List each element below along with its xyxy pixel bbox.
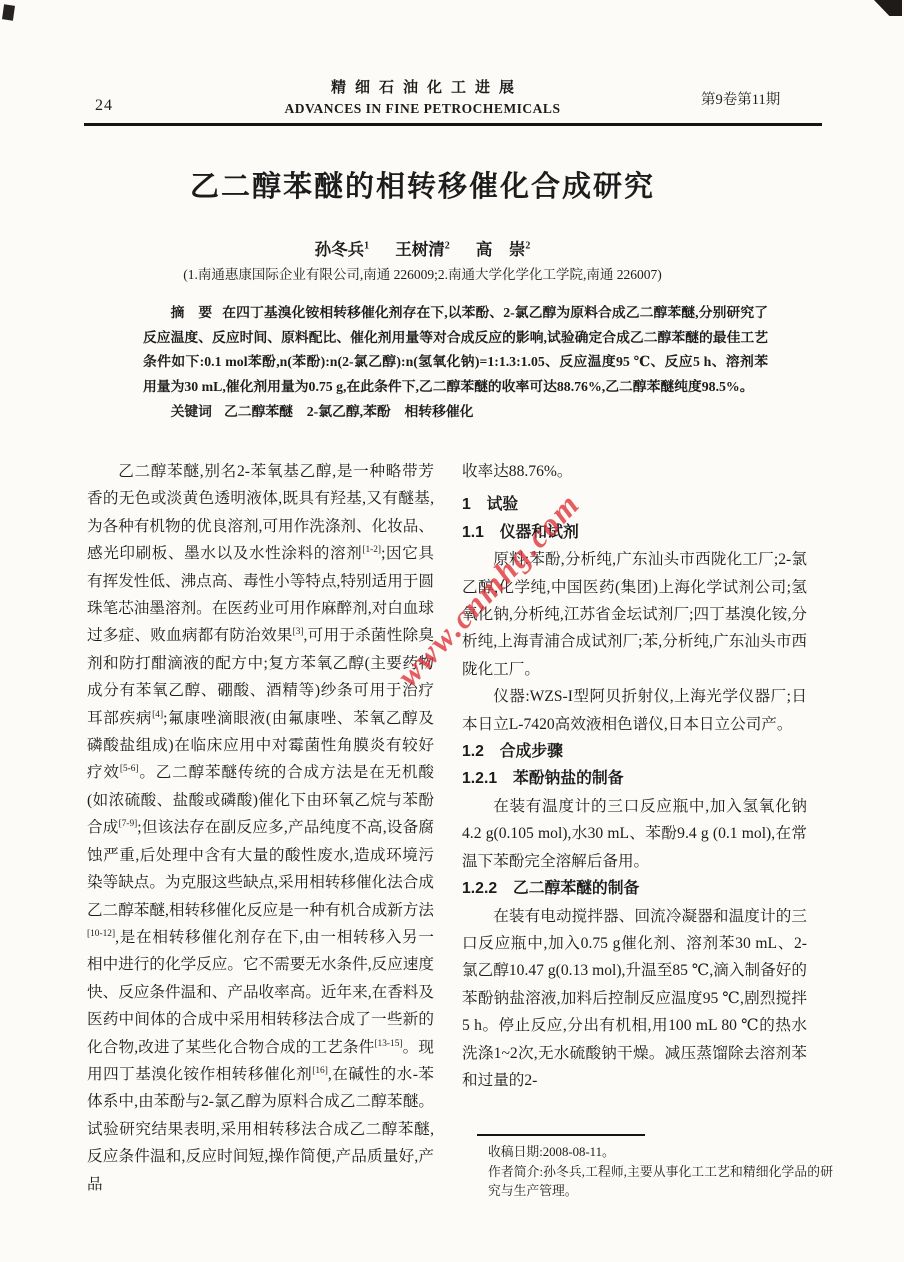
author-3: 高 崇2: [476, 240, 531, 259]
abstract-paragraph: 摘 要在四丁基溴化铵相转移催化剂存在下,以苯酚、2-氯乙醇为原料合成乙二醇苯醚,…: [143, 301, 768, 399]
volume-issue: 第9卷第11期: [701, 88, 780, 109]
article-title: 乙二醇苯醚的相转移催化合成研究: [0, 164, 845, 205]
materials-paragraph: 原料:苯酚,分析纯,广东汕头市西陇化工厂;2-氯乙醇,化学纯,中国医药(集团)上…: [462, 546, 807, 683]
author-1: 孙冬兵1: [315, 240, 370, 259]
author-1-name: 孙冬兵: [315, 240, 365, 259]
author-3-name: 高 崇: [476, 240, 526, 259]
affiliation-line: (1.南通惠康国际企业有限公司,南通 226009;2.南通大学化学化工学院,南…: [0, 263, 845, 283]
scan-artifact-top-right: [874, 0, 902, 16]
journal-page: 24 精细石油化工进展 ADVANCES IN FINE PETROCHEMIC…: [0, 0, 904, 1262]
intro-paragraph: 乙二醇苯醚,别名2-苯氧基乙醇,是一种略带芳香的无色或淡黄色透明液体,既具有羟基…: [87, 458, 434, 1198]
footnote-divider: [477, 1134, 645, 1136]
scan-artifact-top-left: [2, 4, 15, 20]
footnote-block: 收稿日期:2008-08-11。 作者简介:孙冬兵,工程师,主要从事化工工艺和精…: [488, 1143, 833, 1202]
keywords-label: 关键词: [171, 404, 212, 419]
received-date: 收稿日期:2008-08-11。: [488, 1143, 833, 1163]
header-divider: [84, 123, 822, 126]
phenol-salt-paragraph: 在装有温度计的三口反应瓶中,加入氢氧化钠4.2 g(0.105 mol),水30…: [462, 793, 807, 875]
section-1-2-1-heading: 1.2.1 苯酚钠盐的制备: [462, 765, 807, 792]
abstract-text: 在四丁基溴化铵相转移催化剂存在下,以苯酚、2-氯乙醇为原料合成乙二醇苯醚,分别研…: [143, 305, 768, 394]
keywords-text: 乙二醇苯醚 2-氯乙醇,苯酚 相转移催化: [224, 404, 474, 419]
author-2-affil-mark: 2: [445, 241, 450, 252]
intro-continuation: 收率达88.76%。: [462, 458, 807, 485]
author-2: 王树清2: [395, 240, 450, 259]
author-2-name: 王树清: [395, 240, 445, 259]
author-line: 孙冬兵1 王树清2 高 崇2: [0, 236, 845, 260]
section-1-1-heading: 1.1 仪器和试剂: [462, 519, 807, 546]
glycol-ether-paragraph: 在装有电动搅拌器、回流冷凝器和温度计的三口反应瓶中,加入0.75 g催化剂、溶剂…: [462, 903, 807, 1095]
instruments-paragraph: 仪器:WZS-I型阿贝折射仪,上海光学仪器厂;日本日立L-7420高效液相色谱仪…: [462, 683, 807, 738]
section-1-2-2-heading: 1.2.2 乙二醇苯醚的制备: [462, 875, 807, 902]
left-column: 乙二醇苯醚,别名2-苯氧基乙醇,是一种略带芳香的无色或淡黄色透明液体,既具有羟基…: [87, 458, 434, 1198]
author-bio: 作者简介:孙冬兵,工程师,主要从事化工工艺和精细化学品的研究与生产管理。: [488, 1163, 833, 1202]
abstract-block: 摘 要在四丁基溴化铵相转移催化剂存在下,以苯酚、2-氯乙醇为原料合成乙二醇苯醚,…: [143, 301, 768, 425]
right-column: 收率达88.76%。 1 试验 1.1 仪器和试剂 原料:苯酚,分析纯,广东汕头…: [462, 458, 807, 1094]
keywords-line: 关键词乙二醇苯醚 2-氯乙醇,苯酚 相转移催化: [143, 400, 768, 425]
section-1-heading: 1 试验: [462, 491, 807, 518]
section-1-2-heading: 1.2 合成步骤: [462, 738, 807, 765]
author-3-affil-mark: 2: [525, 241, 530, 252]
abstract-label: 摘 要: [171, 305, 213, 320]
author-1-affil-mark: 1: [364, 241, 369, 252]
